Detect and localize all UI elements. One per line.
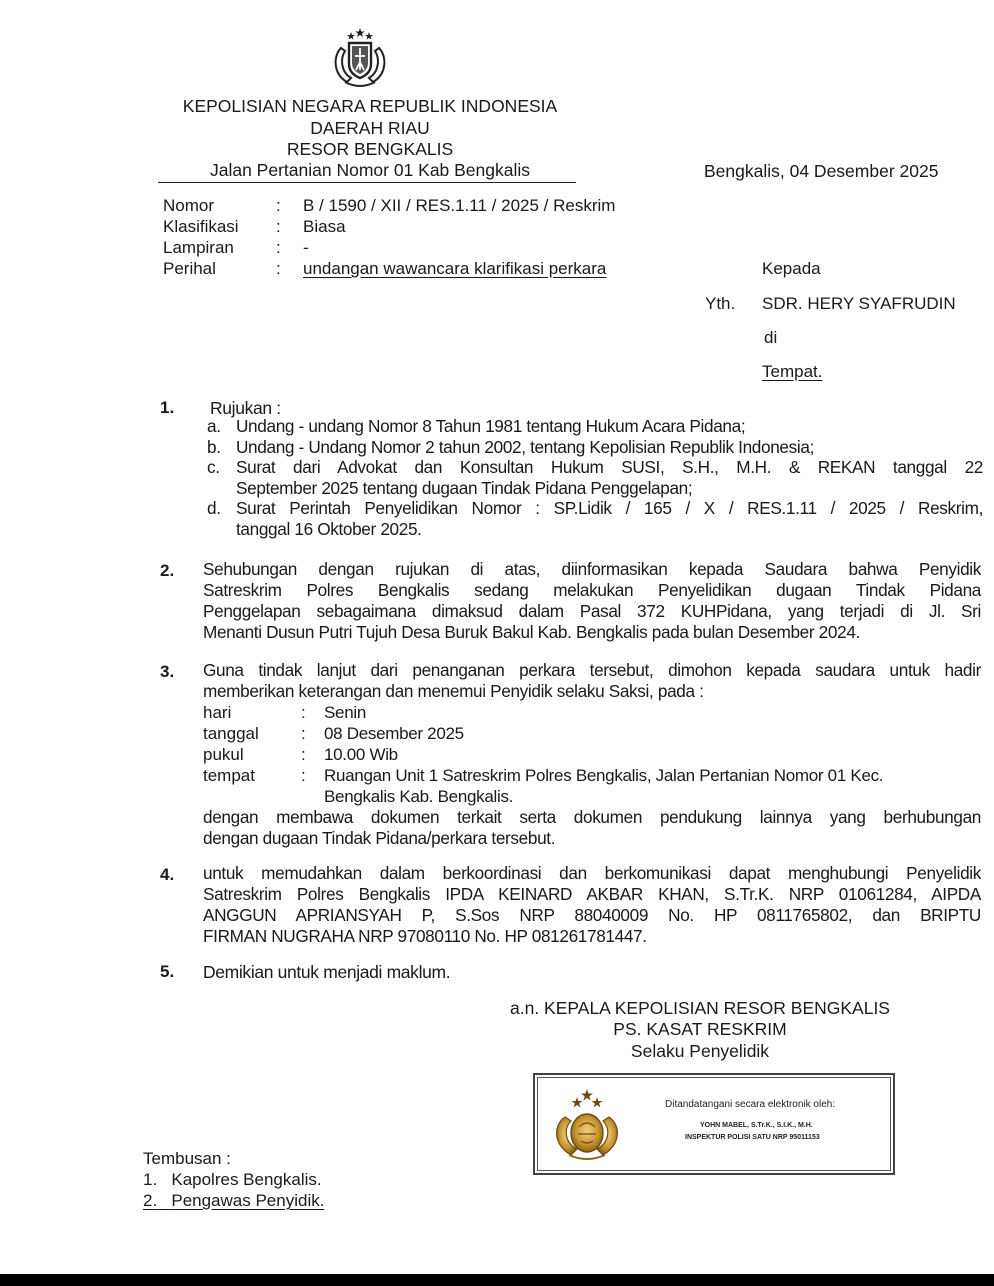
cc-title: Tembusan : <box>143 1148 231 1169</box>
recipient-di: di <box>764 328 777 348</box>
meta-label-klasifikasi: Klasifikasi <box>163 217 239 237</box>
header-resort: RESOR BENGKALIS <box>150 139 590 159</box>
header-address: Jalan Pertanian Nomor 01 Kab Bengkalis <box>150 160 590 180</box>
esign-signer-rank: INSPEKTUR POLISI SATU NRP 95011153 <box>685 1134 820 1141</box>
meta-label-nomor: Nomor <box>163 196 214 216</box>
cc-item: 1. Kapolres Bengkalis. <box>143 1169 322 1190</box>
recipient-tempat: Tempat. <box>762 362 822 382</box>
reference-list: a. Undang - undang Nomor 8 Tahun 1981 te… <box>207 416 983 539</box>
signature-title-2: PS. KASAT RESKRIM <box>470 1019 930 1040</box>
header-divider <box>158 182 576 183</box>
meta-colon: : <box>276 259 281 279</box>
meta-colon: : <box>276 217 281 237</box>
meta-value-perihal: undangan wawancara klarifikasi perkara <box>303 259 606 279</box>
meta-value-klasifikasi: Biasa <box>303 217 346 237</box>
point-5-number: 5. <box>160 962 174 982</box>
meta-label-perihal: Perihal <box>163 259 216 279</box>
electronic-signature-box: Ditandatangani secara elektronik oleh: Y… <box>533 1073 895 1175</box>
meta-value-lampiran: - <box>303 238 309 258</box>
point-4-number: 4. <box>160 865 174 885</box>
header-region: DAERAH RIAU <box>150 118 590 138</box>
point-3-closing: dengan membawa dokumen terkait serta dok… <box>203 807 981 849</box>
reference-item: a. Undang - undang Nomor 8 Tahun 1981 te… <box>207 416 983 437</box>
reference-item: c. Surat dari Advokat dan Konsultan Huku… <box>207 457 983 498</box>
cc-item: 2. Pengawas Penyidik. <box>143 1190 324 1211</box>
esign-signer-name: YOHN MABEL, S.Tr.K., S.I.K., M.H. <box>700 1122 813 1129</box>
meta-value-nomor: B / 1590 / XII / RES.1.11 / 2025 / Reskr… <box>303 196 615 216</box>
point-3-intro: Guna tindak lanjut dari penanganan perka… <box>203 660 981 702</box>
recipient-name: SDR. HERY SYAFRUDIN <box>762 294 956 314</box>
point-2-number: 2. <box>160 561 174 581</box>
police-emblem-gold-icon <box>549 1087 625 1163</box>
reference-item: b. Undang - Undang Nomor 2 tahun 2002, t… <box>207 437 983 458</box>
header-institution: KEPOLISIAN NEGARA REPUBLIK INDONESIA <box>150 96 590 116</box>
meta-label-lampiran: Lampiran <box>163 238 234 258</box>
point-3-number: 3. <box>160 662 174 682</box>
meta-colon: : <box>276 196 281 216</box>
point-1-number: 1. <box>160 398 174 418</box>
point-2-text: Sehubungan dengan rujukan di atas, diinf… <box>203 559 981 643</box>
esign-caption: Ditandatangani secara elektronik oleh: <box>665 1099 835 1110</box>
police-emblem-icon <box>327 26 393 92</box>
point-4-text: untuk memudahkan dalam berkoordinasi dan… <box>203 863 981 947</box>
point-5-text: Demikian untuk menjadi maklum. <box>203 962 450 983</box>
bottom-black-bar <box>0 1274 994 1286</box>
reference-item: d. Surat Perintah Penyelidikan Nomor : S… <box>207 498 983 539</box>
meta-colon: : <box>276 238 281 258</box>
signature-title-3: Selaku Penyelidik <box>470 1041 930 1062</box>
recipient-kepada: Kepada <box>762 259 821 279</box>
signature-title-1: a.n. KEPALA KEPOLISIAN RESOR BENGKALIS <box>470 998 930 1019</box>
recipient-yth: Yth. <box>705 294 735 314</box>
place-date: Bengkalis, 04 Desember 2025 <box>704 161 938 182</box>
